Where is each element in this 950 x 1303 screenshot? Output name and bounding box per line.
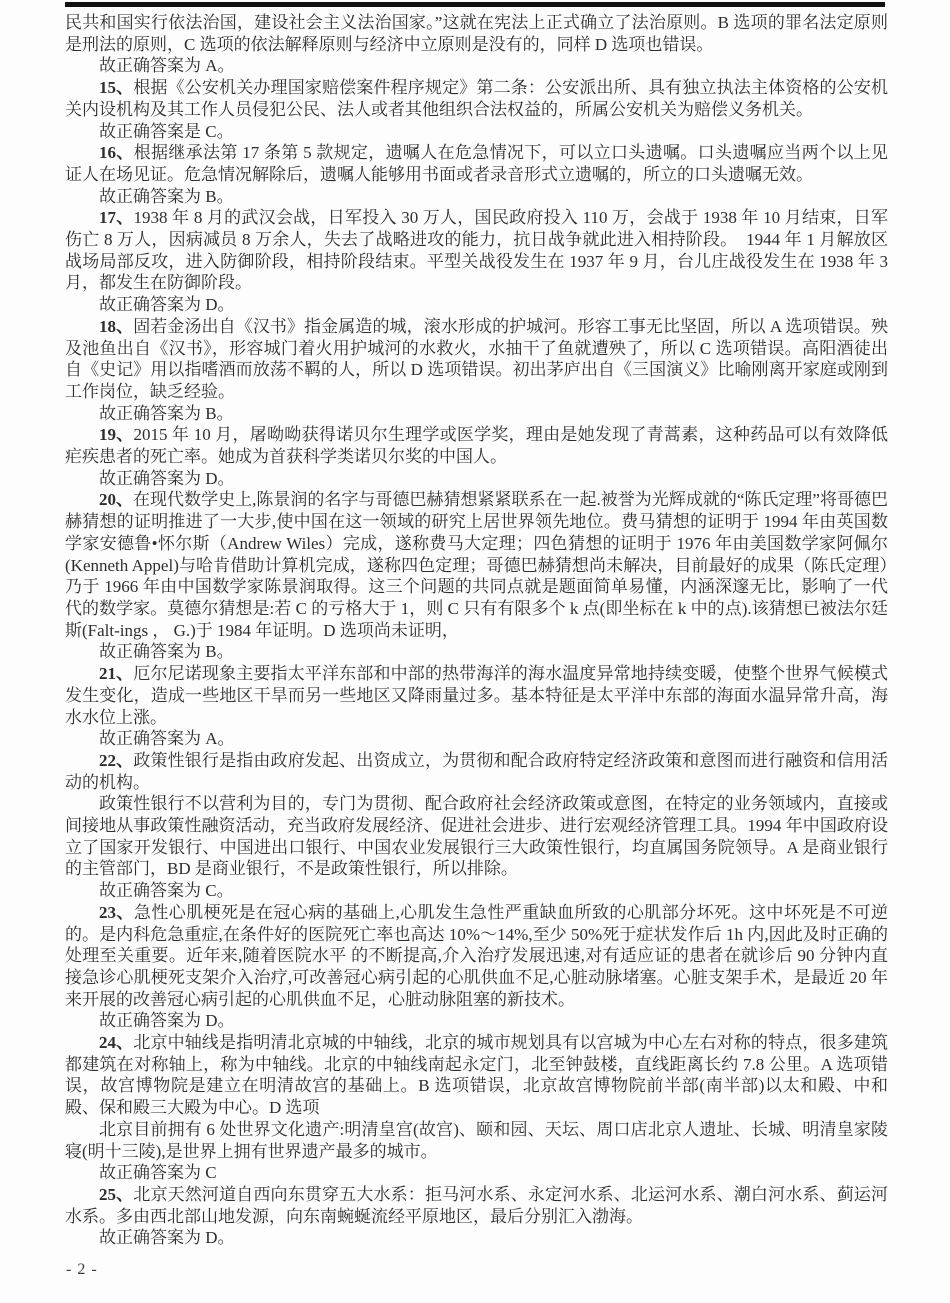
paragraph: 故正确答案为 D。 — [65, 1010, 888, 1032]
paragraph: 22、政策性银行是指由政府发起、出资成立，为贯彻和配合政府特定经济政策和意图而进… — [65, 750, 888, 793]
question-number: 22、 — [99, 751, 133, 770]
question-number: 23、 — [99, 903, 134, 922]
question-number: 15、 — [99, 78, 133, 97]
paragraph: 25、北京天然河道自西向东贯穿五大水系：拒马河水系、永定河水系、北运河水系、潮白… — [65, 1184, 888, 1227]
question-number: 16、 — [99, 143, 134, 162]
paragraph: 北京目前拥有 6 处世界文化遗产:明清皇宫(故宫)、颐和园、天坛、周口店北京人遗… — [65, 1119, 888, 1162]
paragraph: 民共和国实行依法治国，建设社会主义法治国家。”这就在宪法上正式确立了法治原则。B… — [65, 12, 888, 55]
paragraph: 故正确答案为 A。 — [65, 55, 888, 77]
paragraph: 故正确答案是 C。 — [65, 121, 888, 143]
paragraph: 故正确答案为 D。 — [65, 294, 888, 316]
paragraph: 政策性银行不以营利为目的，专门为贯彻、配合政府社会经济政策或意图，在特定的业务领… — [65, 793, 888, 880]
question-number: 24、 — [99, 1033, 133, 1052]
question-number: 19、 — [99, 425, 134, 444]
paragraph: 故正确答案为 C。 — [65, 880, 888, 902]
paragraph: 20、在现代数学史上,陈景润的名字与哥德巴赫猜想紧紧联系在一起.被誉为光辉成就的… — [65, 489, 888, 641]
page-number: - 2 - — [66, 1261, 98, 1279]
paragraph: 16、根据继承法第 17 条第 5 款规定，遗嘱人在危急情况下，可以立口头遗嘱。… — [65, 142, 888, 185]
question-number: 25、 — [99, 1185, 133, 1204]
paragraph: 故正确答案为 B。 — [65, 186, 888, 208]
document-page: 民共和国实行依法治国，建设社会主义法治国家。”这就在宪法上正式确立了法治原则。B… — [0, 0, 950, 1303]
paragraph: 故正确答案为 D。 — [65, 1227, 888, 1249]
paragraph: 18、固若金汤出自《汉书》指金属造的城，滚水形成的护城河。形容工事无比坚固，所以… — [65, 316, 888, 403]
paragraph: 23、急性心肌梗死是在冠心病的基础上,心肌发生急性严重缺血所致的心肌部分坏死。这… — [65, 902, 888, 1011]
paragraph: 故正确答案为 B。 — [65, 403, 888, 425]
paragraph: 故正确答案为 A。 — [65, 728, 888, 750]
question-number: 18、 — [99, 317, 133, 336]
question-number: 17、 — [99, 208, 134, 227]
page-top-rule — [65, 2, 885, 7]
paragraph: 故正确答案为 D。 — [65, 468, 888, 490]
question-number: 21、 — [99, 664, 133, 683]
paragraph: 19、2015 年 10 月，屠呦呦获得诺贝尔生理学或医学奖，理由是她发现了青蒿… — [65, 424, 888, 467]
paragraph: 24、北京中轴线是指明清北京城的中轴线，北京的城市规划具有以宫城为中心左右对称的… — [65, 1032, 888, 1119]
paragraph: 15、根据《公安机关办理国家赔偿案件程序规定》第二条：公安派出所、具有独立执法主… — [65, 77, 888, 120]
answer-explanations-text: 民共和国实行依法治国，建设社会主义法治国家。”这就在宪法上正式确立了法治原则。B… — [65, 12, 888, 1249]
paragraph: 21、厄尔尼诺现象主要指太平洋东部和中部的热带海洋的海水温度异常地持续变暖，使整… — [65, 663, 888, 728]
question-number: 20、 — [99, 490, 133, 509]
paragraph: 17、1938 年 8 月的武汉会战，日军投入 30 万人，国民政府投入 110… — [65, 207, 888, 294]
paragraph: 故正确答案为 C — [65, 1162, 888, 1184]
paragraph: 故正确答案为 B。 — [65, 641, 888, 663]
